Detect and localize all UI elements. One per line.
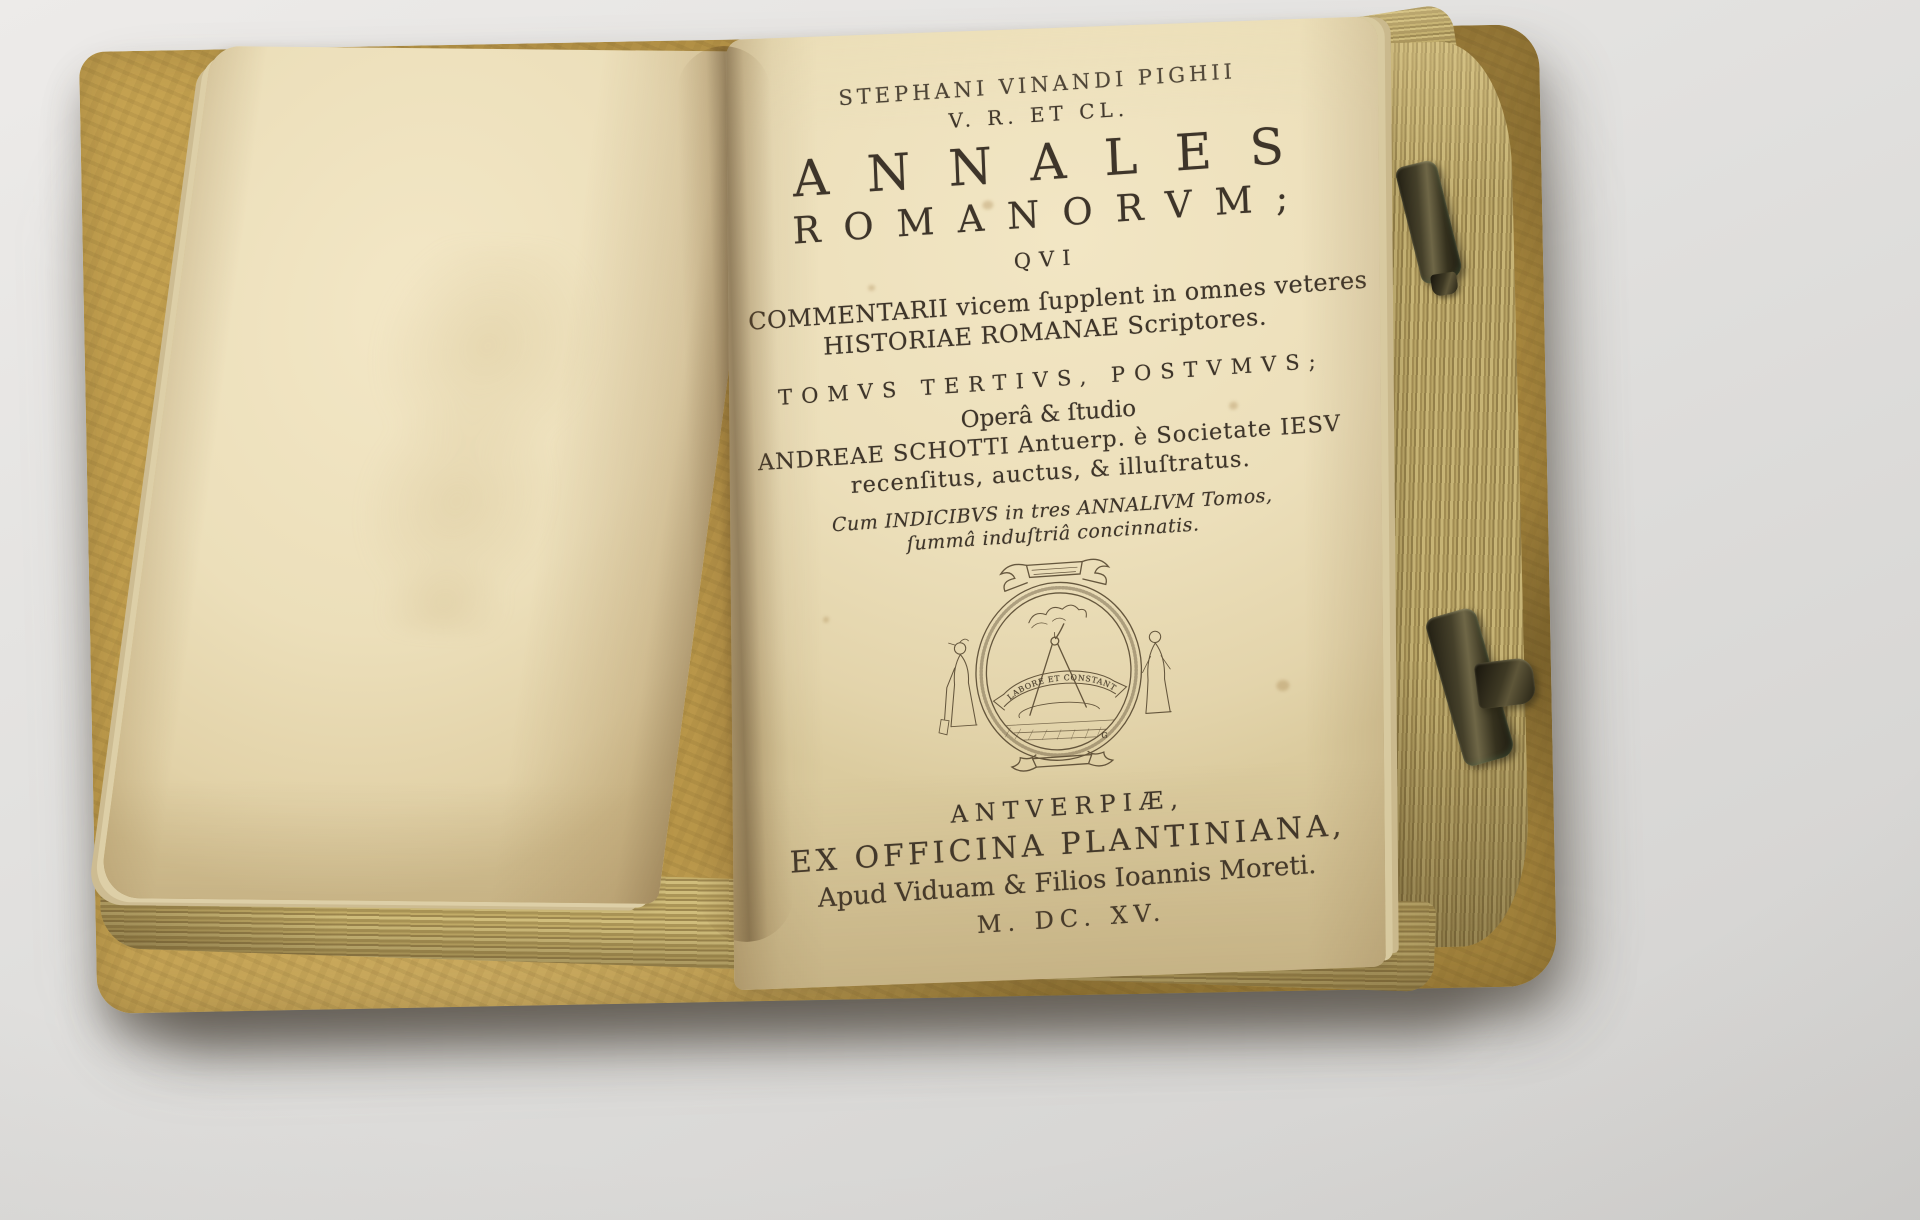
title-text-block: STEPHANI VINANDI PIGHII V. R. ET CL. ANN… xyxy=(739,53,1365,953)
title-page: STEPHANI VINANDI PIGHII V. R. ET CL. ANN… xyxy=(726,16,1386,990)
show-through-ghost xyxy=(313,239,632,640)
device-ground xyxy=(1004,699,1115,744)
clasp-bottom-catch xyxy=(1474,657,1537,710)
labor-figure xyxy=(935,639,977,736)
blank-verso-page xyxy=(98,46,771,904)
plantin-printer-device: LABORE ET CONSTANTIA G xyxy=(921,542,1196,790)
constantia-figure xyxy=(1141,630,1172,713)
device-bottom-ornament xyxy=(1012,750,1114,772)
device-cloud-hand xyxy=(1028,604,1087,640)
photo-backdrop: STEPHANI VINANDI PIGHII V. R. ET CL. ANN… xyxy=(0,0,1920,1220)
engraver-monogram: G xyxy=(1101,731,1108,740)
